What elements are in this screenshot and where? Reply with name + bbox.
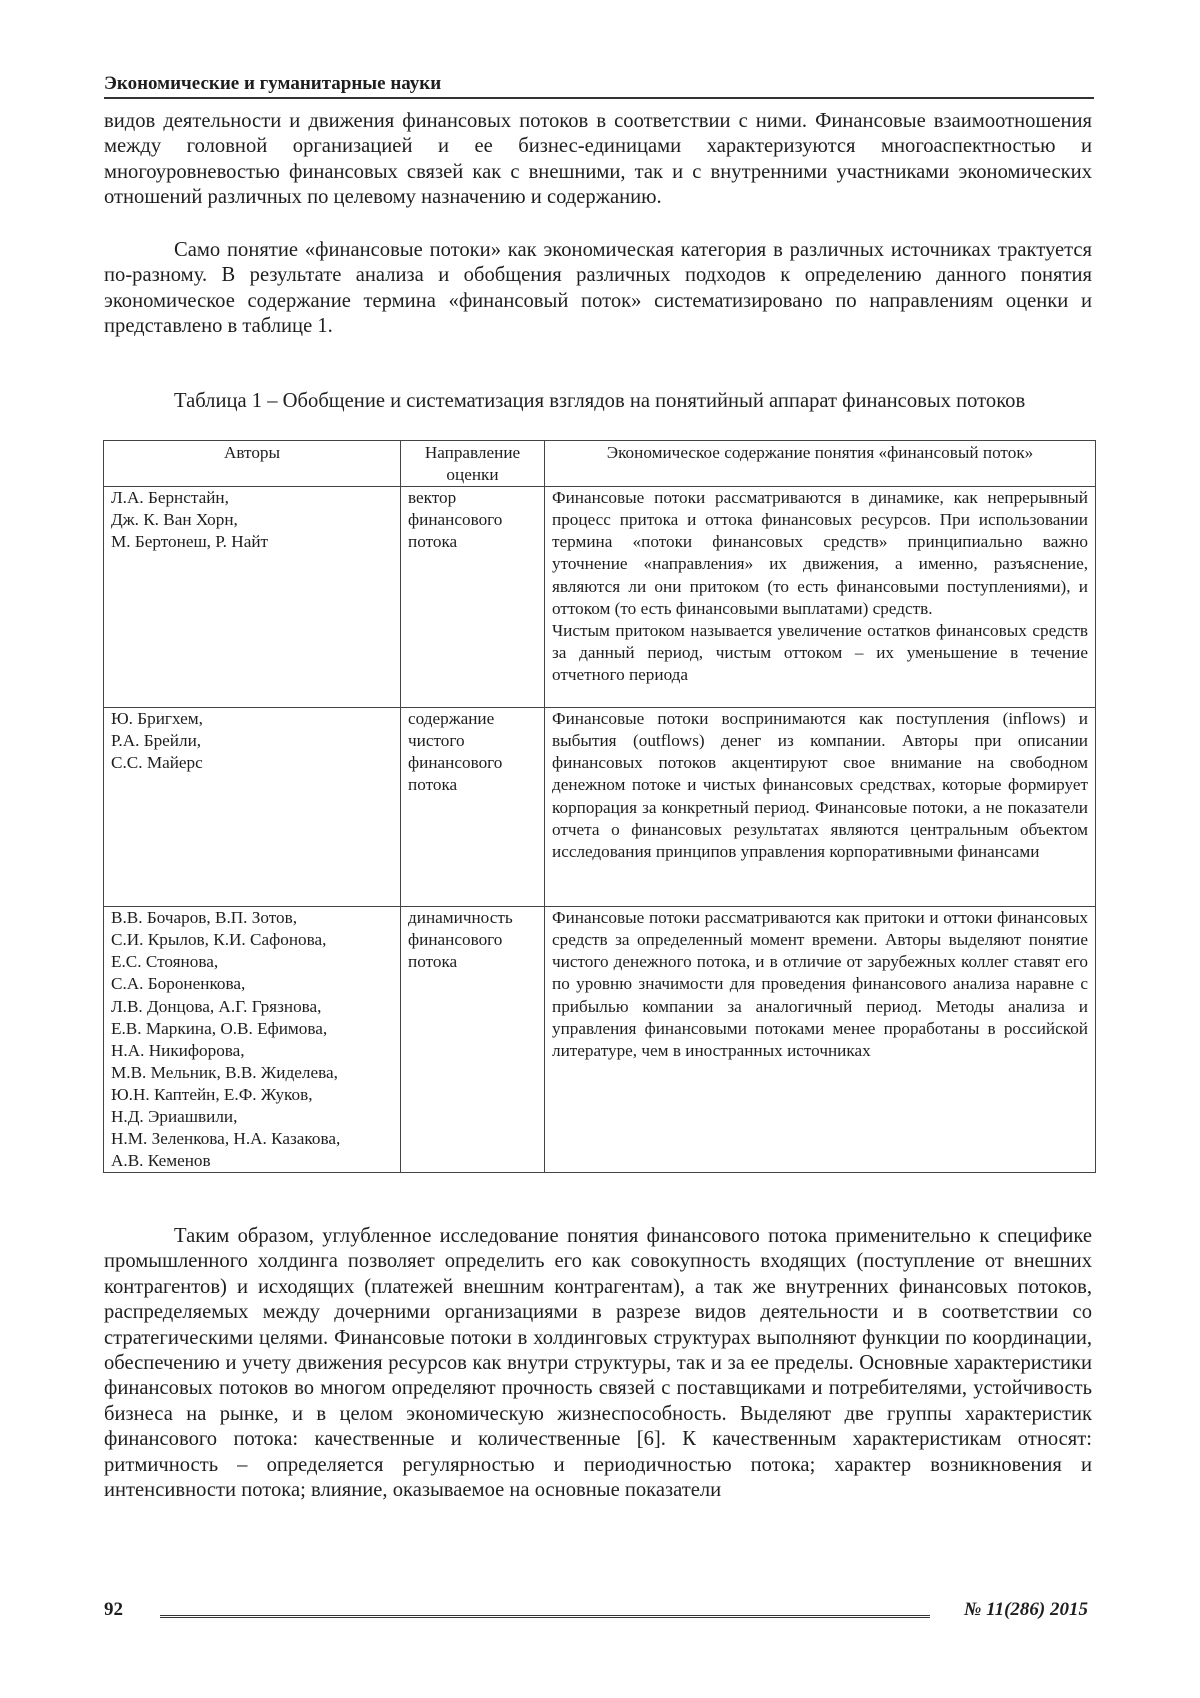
author-line: Е.С. Стоянова,	[111, 951, 393, 973]
author-line: Ю. Бригхем,	[111, 708, 393, 730]
cell-authors: Ю. Бригхем,Р.А. Брейли,С.С. Майерс	[104, 708, 401, 907]
body-paragraph-2: Само понятие «финансовые потоки» как эко…	[104, 238, 1092, 340]
author-line: Ю.Н. Каптейн, Е.Ф. Жуков,	[111, 1084, 393, 1106]
author-line: М. Бертонеш, Р. Найт	[111, 531, 393, 553]
table-row: Л.А. Бернстайн,Дж. К. Ван Хорн,М. Бертон…	[104, 487, 1096, 708]
author-line: В.В. Бочаров, В.П. Зотов,	[111, 907, 393, 929]
author-line: А.В. Кеменов	[111, 1150, 393, 1172]
content-paragraph: Финансовые потоки воспринимаются как пос…	[552, 708, 1088, 863]
author-line: М.В. Мельник, В.В. Жиделева,	[111, 1062, 393, 1084]
header-direction: Направление оценки	[401, 441, 545, 487]
header-content: Экономическое содержание понятия «финанс…	[545, 441, 1096, 487]
author-line: Е.В. Маркина, О.В. Ефимова,	[111, 1018, 393, 1040]
author-line: Н.А. Никифорова,	[111, 1040, 393, 1062]
cell-authors: Л.А. Бернстайн,Дж. К. Ван Хорн,М. Бертон…	[104, 487, 401, 708]
content-paragraph: Финансовые потоки рассматриваются в дина…	[552, 487, 1088, 620]
content-paragraph: Чистым притоком называется увеличение ос…	[552, 620, 1088, 686]
table-header-row: Авторы Направление оценки Экономическое …	[104, 441, 1096, 487]
journal-page: Экономические и гуманитарные науки видов…	[0, 0, 1200, 1698]
author-line: Дж. К. Ван Хорн,	[111, 509, 393, 531]
author-line: С.С. Майерс	[111, 752, 393, 774]
cell-direction: вектор финансового потока	[401, 487, 545, 708]
body-paragraph-1: видов деятельности и движения финансовых…	[104, 109, 1092, 211]
page-number: 92	[104, 1599, 123, 1621]
header-authors: Авторы	[104, 441, 401, 487]
concepts-table: Авторы Направление оценки Экономическое …	[103, 440, 1096, 1173]
author-line: Н.Д. Эриашвили,	[111, 1106, 393, 1128]
cell-content: Финансовые потоки рассматриваются в дина…	[545, 487, 1096, 708]
table-row: В.В. Бочаров, В.П. Зотов,С.И. Крылов, К.…	[104, 907, 1096, 1173]
author-line: Н.М. Зеленкова, Н.А. Казакова,	[111, 1128, 393, 1150]
page-footer: 92 № 11(286) 2015	[104, 1599, 1094, 1625]
cell-direction: содержание чистого финансового потока	[401, 708, 545, 907]
cell-content: Финансовые потоки рассматриваются как пр…	[545, 907, 1096, 1173]
author-line: С.И. Крылов, К.И. Сафонова,	[111, 929, 393, 951]
table-caption: Таблица 1 – Обобщение и систематизация в…	[104, 389, 1092, 414]
author-line: Л.В. Донцова, А.Г. Грязнова,	[111, 996, 393, 1018]
running-head-title: Экономические и гуманитарные науки	[104, 72, 1094, 99]
author-line: Р.А. Брейли,	[111, 730, 393, 752]
table-row: Ю. Бригхем,Р.А. Брейли,С.С. Майерссодерж…	[104, 708, 1096, 907]
cell-authors: В.В. Бочаров, В.П. Зотов,С.И. Крылов, К.…	[104, 907, 401, 1173]
issue-number: № 11(286) 2015	[964, 1599, 1088, 1621]
body-paragraph-3: Таким образом, углубленное исследование …	[104, 1224, 1092, 1503]
cell-direction: динамичность финансового потока	[401, 907, 545, 1173]
author-line: С.А. Бороненкова,	[111, 973, 393, 995]
cell-content: Финансовые потоки воспринимаются как пос…	[545, 708, 1096, 907]
footer-rule	[160, 1615, 930, 1618]
content-paragraph: Финансовые потоки рассматриваются как пр…	[552, 907, 1088, 1062]
author-line: Л.А. Бернстайн,	[111, 487, 393, 509]
